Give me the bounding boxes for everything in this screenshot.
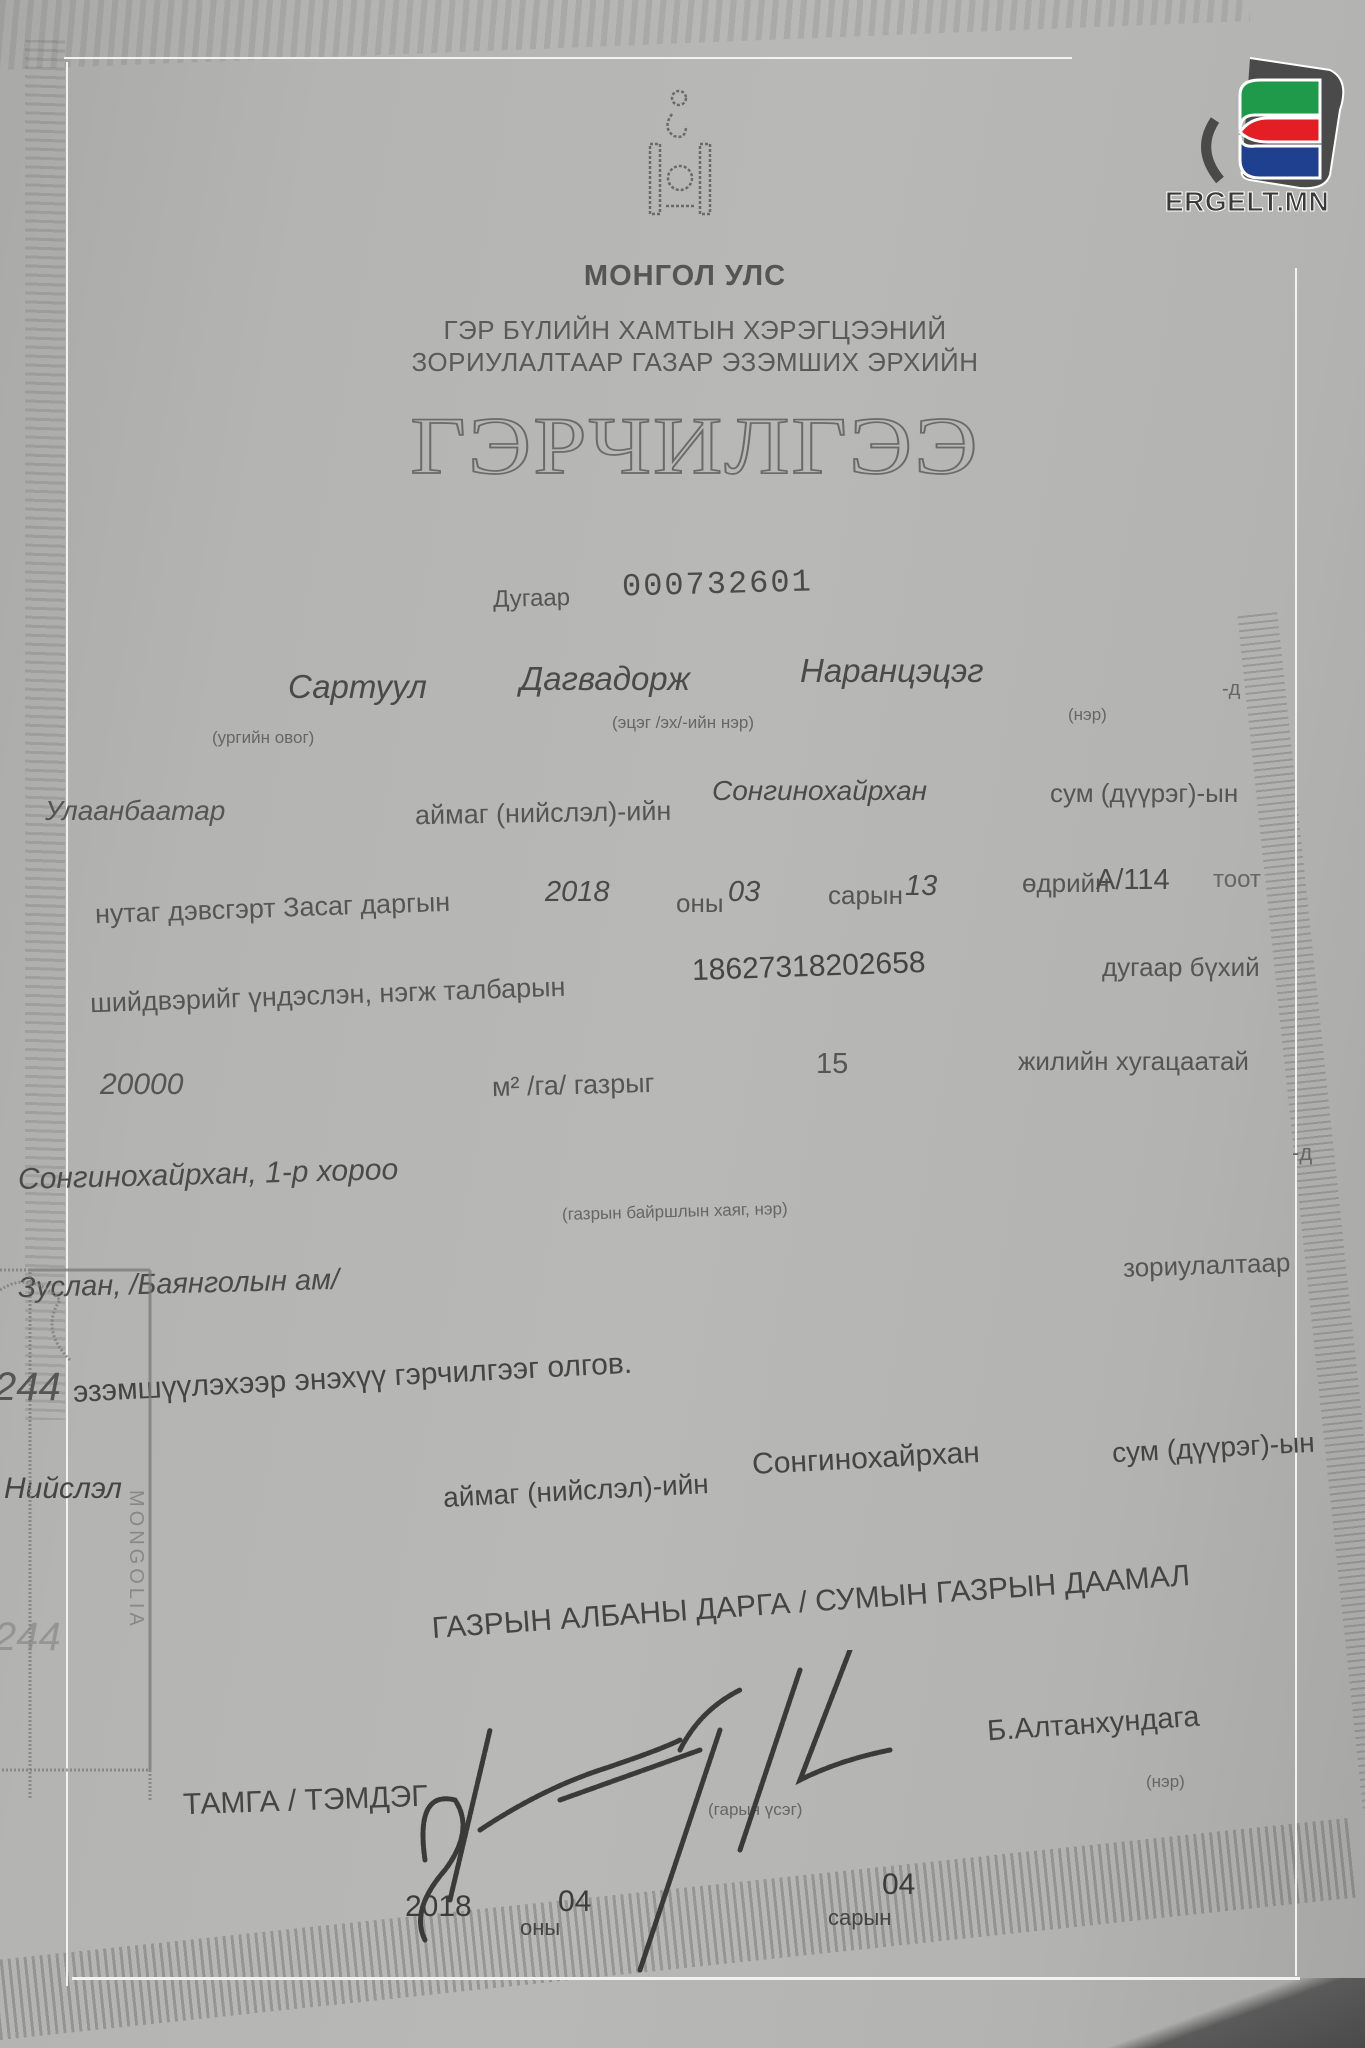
issuing-aimag-label: аймаг (нийслэл)-ийн [415,796,672,831]
country-name: МОНГОЛ УЛС [0,260,1365,293]
grant-sentence: эзэмшүүлэхээр энэхүү гэрчилгээг олгов. [72,1347,633,1410]
decree-number-label: тоот [1213,866,1261,894]
certificate-subtitle-line2: ЗОРИУЛАЛТААР ГАЗАР ЭЗЭМШИХ ЭРХИЙН [0,347,1365,378]
parcel-purpose: Зуслан, /Баянголын ам/ [18,1264,340,1305]
ergelt-brand-text: ERGELT.MN [1165,186,1329,218]
issued-sum-label: сум (дүүрэг)-ын [1111,1427,1315,1470]
parcel-id-label: дугаар бүхий [1102,952,1260,983]
decree-month-label: сарын [828,880,903,911]
decree-number: А/114 [1096,864,1170,897]
family-name-caption: (ургийн овог) [212,728,314,748]
decree-year: 2018 [545,876,610,909]
frame-line-top [64,57,1072,59]
holder-family-name: Сартуул [288,668,427,706]
decree-month: 03 [728,876,760,909]
official-title: ГАЗРЫН АЛБАНЫ ДАРГА / СУМЫН ГАЗРЫН ДААМА… [431,1559,1191,1646]
issued-sum-value: Сонгинохайрхан [751,1436,980,1482]
holder-suffix: -д [1222,678,1240,701]
frame-line-right [1295,268,1297,1976]
number-label: Дугаар [493,584,571,614]
soyombo-emblem-icon [632,86,727,221]
stamp-number: 244 [0,1365,61,1409]
parcel-address: Сонгинохайрхан, 1-р хороо [18,1153,399,1197]
official-name: Б.Алтанхундага [986,1701,1200,1749]
issue-date-month-label: сарын [828,1905,891,1931]
parcel-term-label: жилийн хугацаатай [1018,1046,1249,1077]
decree-year-label: оны [676,888,724,919]
issuing-aimag-value: Улаанбаатар [45,795,225,827]
parcel-term: 15 [816,1048,848,1081]
official-name-caption: (нэр) [1146,1772,1185,1792]
parent-name-caption: (эцэг /эх/-ийн нэр) [612,713,754,733]
parcel-purpose-label: зориулалтаар [1123,1247,1291,1284]
issue-date-year: 2018 [405,1890,472,1924]
issued-aimag-label: аймаг (нийслэл)-ийн [442,1468,709,1514]
certificate-page: МОНГОЛ УЛС ГЭР БҮЛИЙН ХАМТЫН ХЭРЭГЦЭЭНИЙ… [0,0,1365,2048]
handwritten-signature [380,1650,1030,1980]
parcel-area-label: м² /га/ газрыг [492,1068,655,1103]
frame-line-bottom [72,1977,1300,1980]
issuing-sum-value: Сонгинохайрхан [712,775,927,807]
signature-caption: (гарын үсэг) [708,1800,802,1820]
parcel-prefix: шийдвэрийг үндэслэн, нэгж талбарын [90,972,566,1020]
issue-date-month: 04 [558,1885,591,1919]
border-ornament-top [0,0,1250,70]
border-ornament-left [25,40,65,1420]
parcel-address-suffix: -д [1292,1140,1312,1166]
official-seal-stamp: 244 244 MONGOLIA [0,1240,170,1800]
parcel-address-caption: (газрын байршлын хаяг, нэр) [562,1199,788,1225]
given-name-caption: (нэр) [1068,705,1107,725]
stamp-text: MONGOLIA [125,1490,147,1630]
certificate-number: 000732601 [622,564,814,606]
decree-prefix: нутаг дэвсгэрт Засаг даргын [95,887,451,930]
certificate-subtitle-line1: ГЭР БҮЛИЙН ХАМТЫН ХЭРЭГЦЭЭНИЙ [0,315,1365,346]
page-shadow [1085,1978,1365,2048]
issued-aimag-value: Нийслэл [4,1472,122,1506]
issuing-sum-label: сум (дүүрэг)-ын [1050,778,1238,809]
stamp-number-faint: 244 [0,1615,61,1659]
issue-date-year-label: оны [520,1915,560,1941]
certificate-title: ГЭРЧИЛГЭЭ [0,398,1365,492]
parcel-area: 20000 [100,1068,183,1102]
decree-day: 13 [905,870,937,903]
border-ornament-right [1237,611,1365,1809]
stamp-label: ТАМГА / ТЭМДЭГ [182,1780,428,1823]
holder-parent-name: Дагвадорж [520,660,690,698]
holder-given-name: Наранцэцэг [800,652,984,690]
issue-date-day: 04 [882,1868,915,1902]
parcel-id: 18627318202658 [691,946,926,988]
